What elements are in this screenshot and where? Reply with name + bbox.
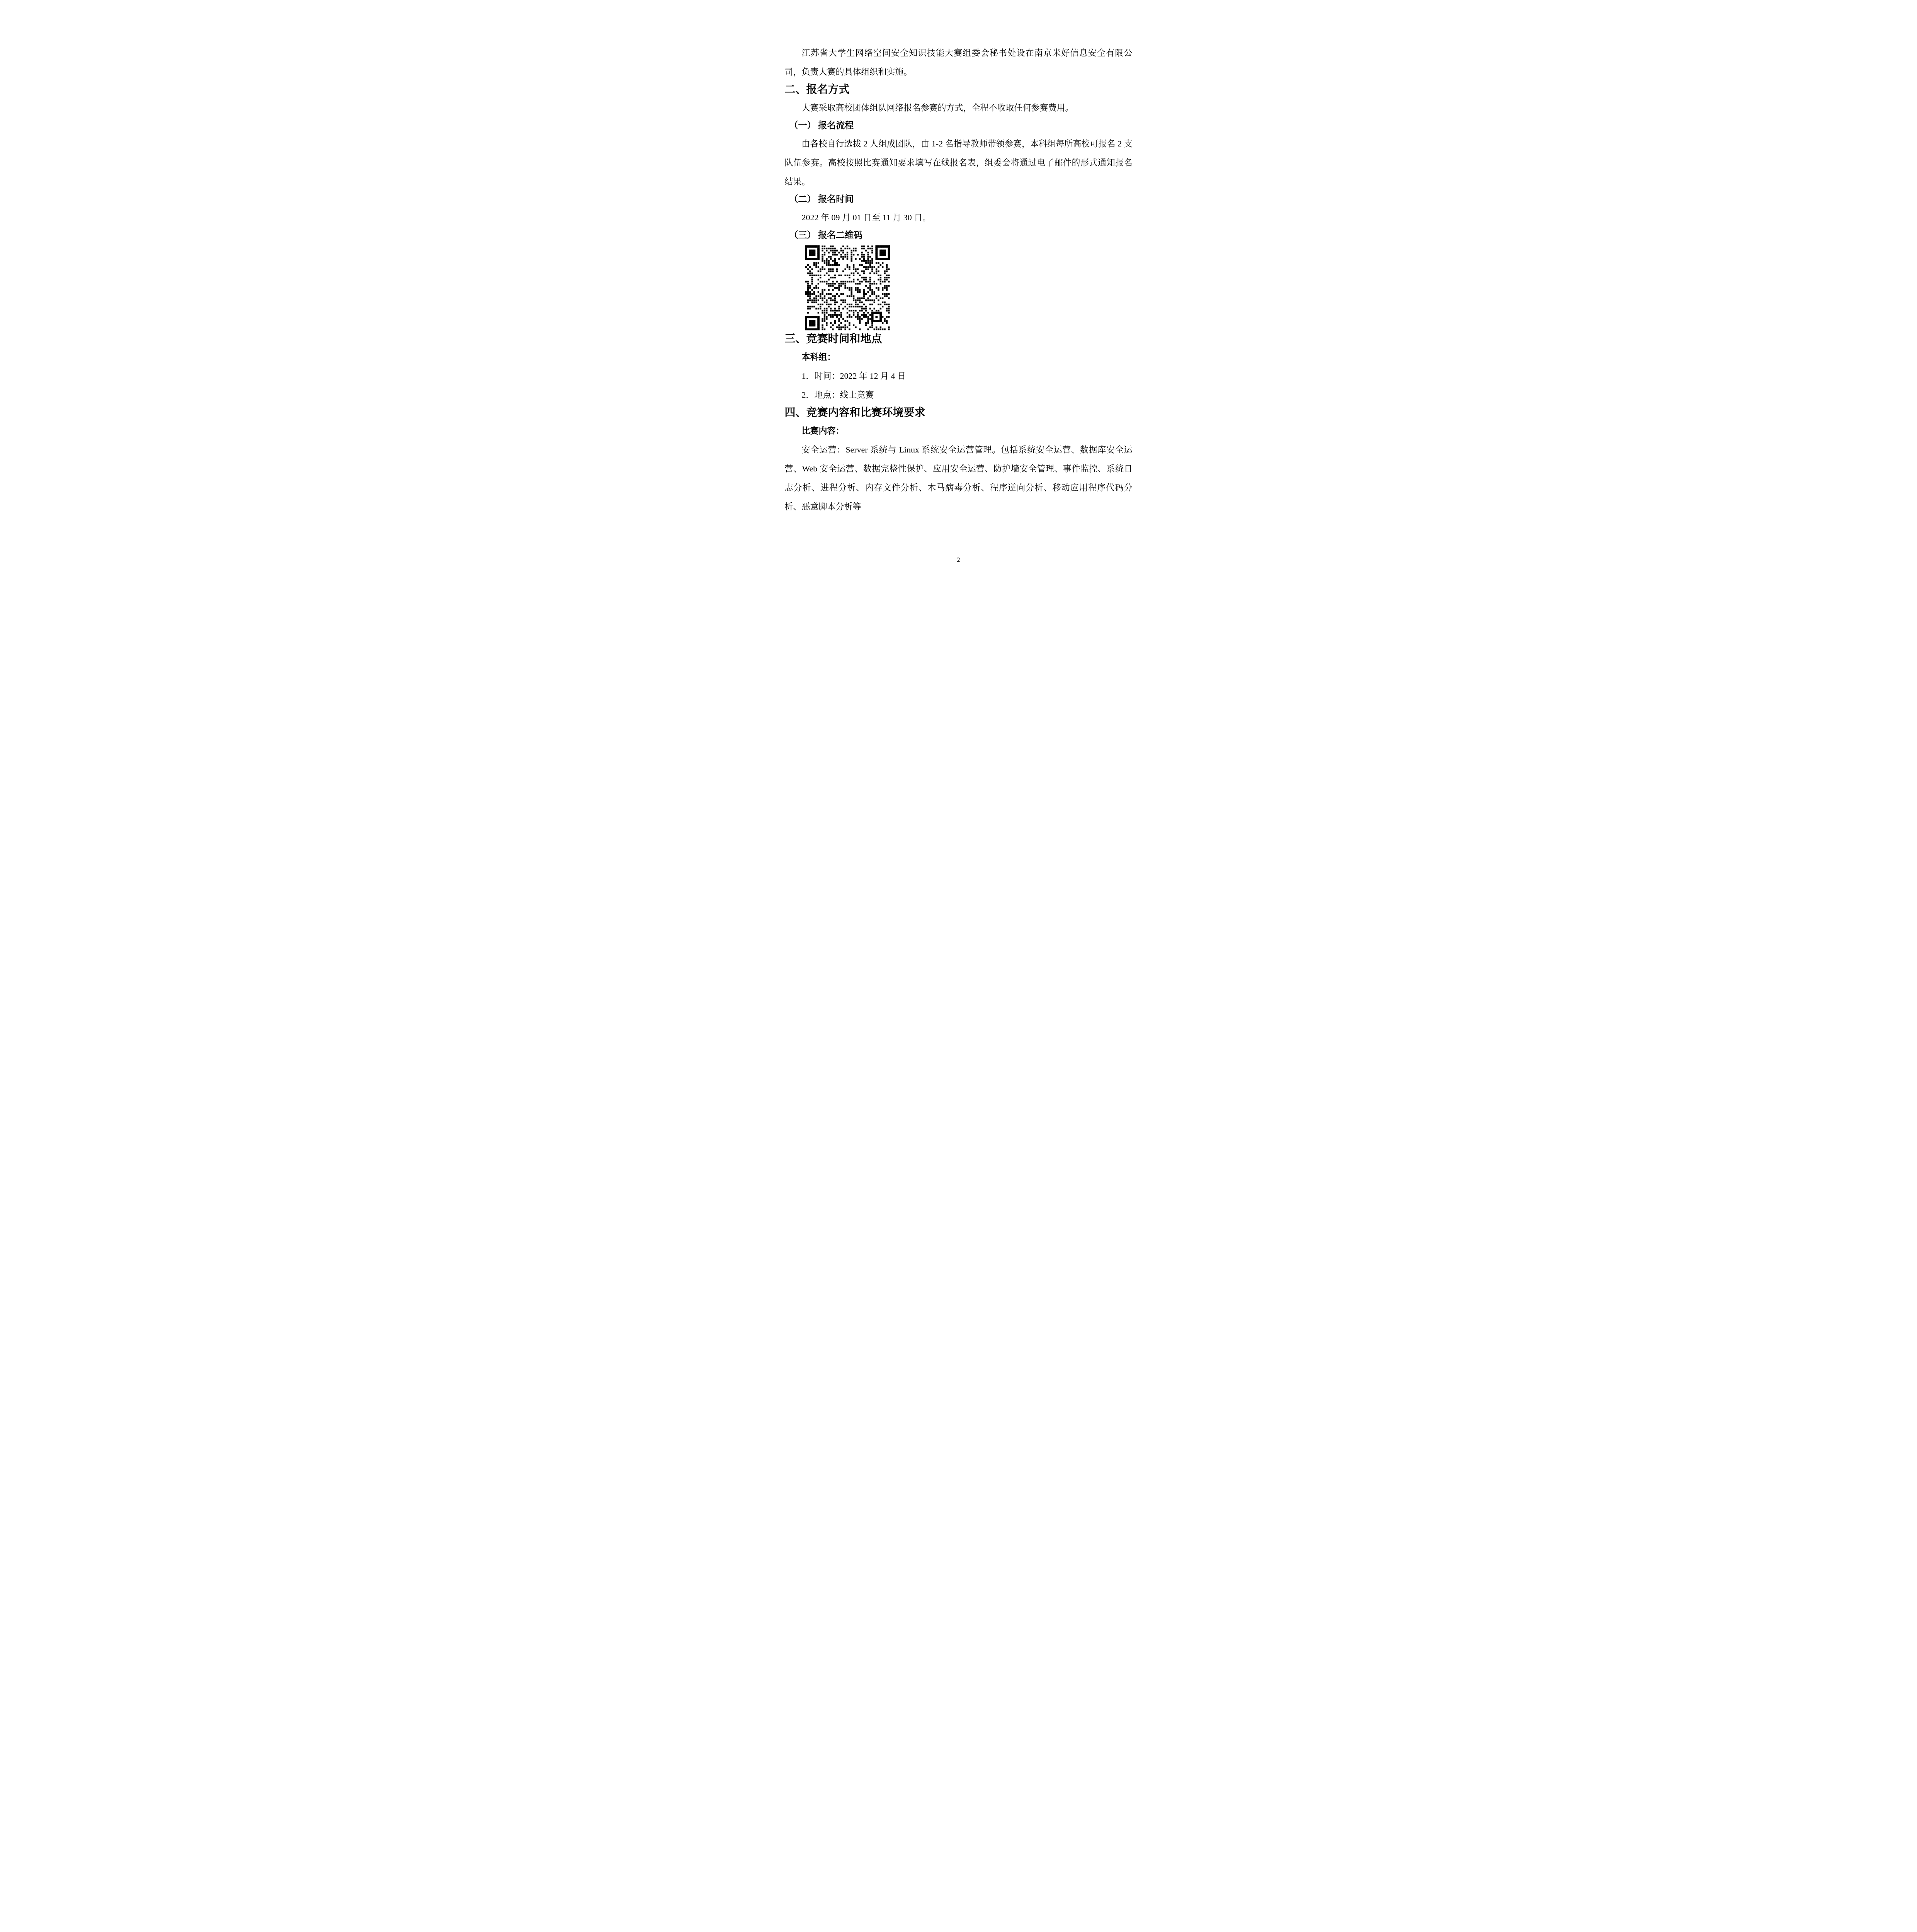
section-4-heading: 四、竞赛内容和比赛环境要求 (785, 404, 1133, 421)
section-3-item-place: 2．地点：线上竞赛 (785, 385, 1133, 404)
qr-code-image (805, 245, 890, 330)
section-2-heading: 二、报名方式 (785, 81, 1133, 98)
section-3-group-label: 本科组： (785, 347, 1133, 366)
section-4-content-label: 比赛内容： (785, 421, 1133, 440)
section-4-body: 安全运营：Server 系统与 Linux 系统安全运营管理。包括系统安全运营、… (785, 440, 1133, 516)
subsection-2-2-heading: （二） 报名时间 (785, 191, 1133, 208)
registration-qr-code (805, 245, 890, 330)
document-page: 江苏省大学生网络空间安全知识技能大赛组委会秘书处设在南京米好信息安全有限公司，负… (746, 0, 1171, 601)
subsection-2-1-body: 由各校自行选拔 2 人组成团队，由 1-2 名指导教师带领参赛，本科组每所高校可… (785, 134, 1133, 191)
subsection-2-2-body: 2022 年 09 月 01 日至 11 月 30 日。 (785, 208, 1133, 227)
section-3-item-time: 1．时间：2022 年 12 月 4 日 (785, 366, 1133, 385)
section-2-intro: 大赛采取高校团体组队网络报名参赛的方式，全程不收取任何参赛费用。 (785, 98, 1133, 117)
section-3-heading: 三、竞赛时间和地点 (785, 330, 1133, 347)
subsection-2-1-heading: （一） 报名流程 (785, 117, 1133, 134)
subsection-2-3-heading: （三） 报名二维码 (785, 227, 1133, 244)
intro-paragraph: 江苏省大学生网络空间安全知识技能大赛组委会秘书处设在南京米好信息安全有限公司，负… (785, 43, 1133, 81)
page-number: 2 (746, 556, 1171, 565)
